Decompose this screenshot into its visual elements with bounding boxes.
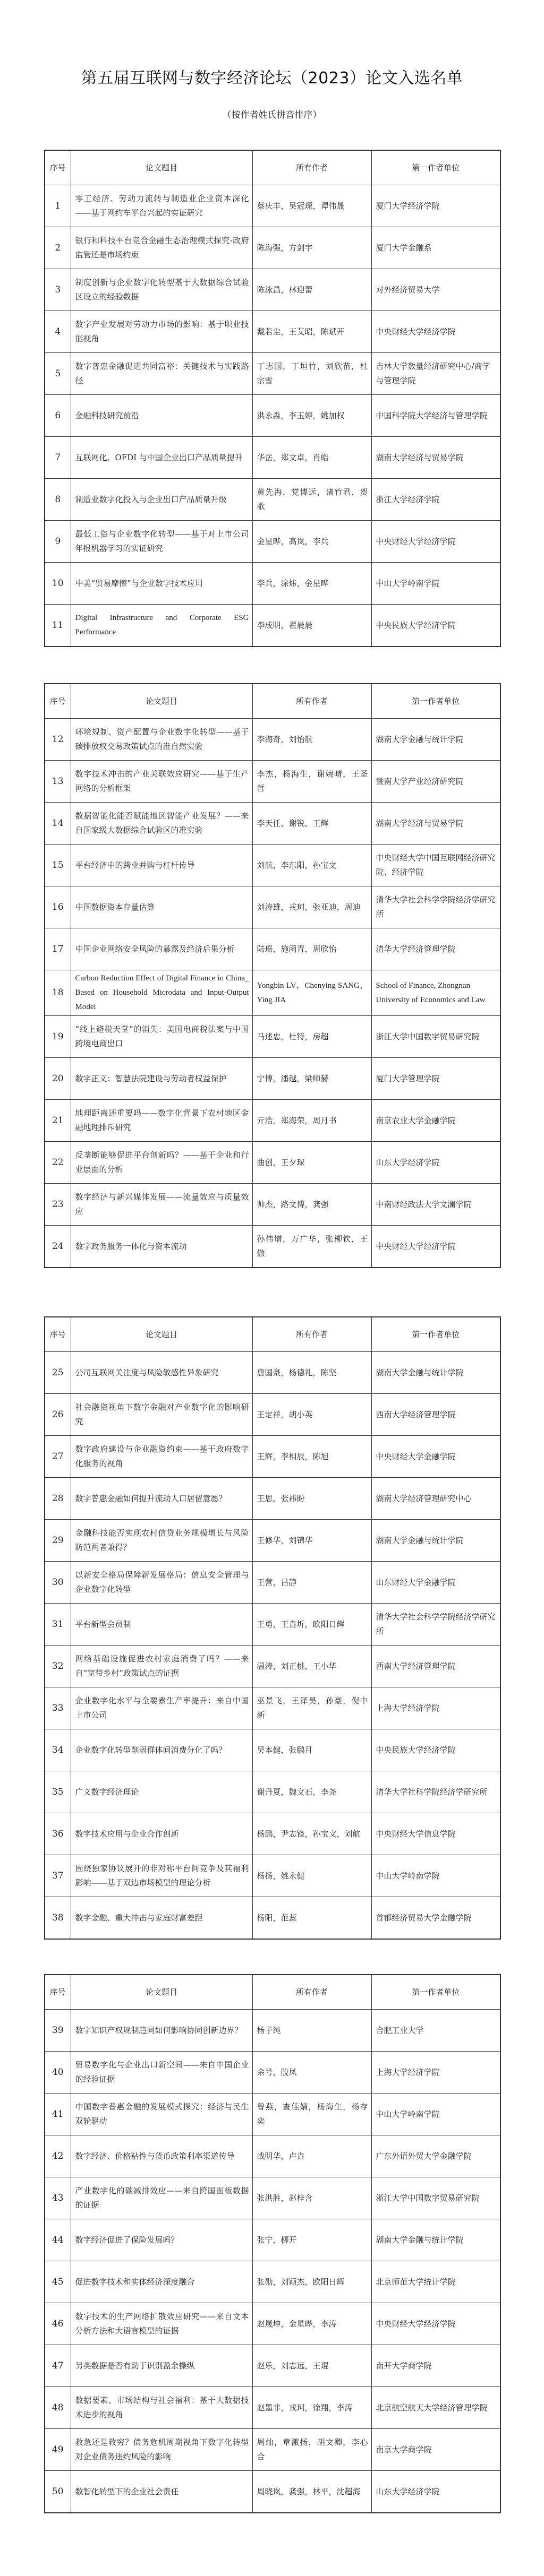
table-row: 44数字经济促进了保险发展吗？张宁，柳开湖南大学金融与统计学院: [45, 2219, 500, 2261]
title-cell: 金融科技能否实现农村信贷业务规模增长与风险防范两者兼得？: [71, 1520, 252, 1562]
unit-cell: 暨南大学产业经济研究院: [371, 761, 500, 803]
unit-cell: 清华大学社科学院经济学研究所: [371, 1771, 500, 1813]
header-title: 论文题目: [71, 684, 252, 719]
header-seq: 序号: [45, 150, 71, 185]
authors-cell: 陈海强，方剑宇: [252, 227, 371, 269]
seq-cell: 11: [45, 605, 71, 647]
title-cell: 数字技术冲击的产业关联效应研究——基于生产网络的分析框架: [71, 761, 252, 803]
header-unit: 第一作者单位: [371, 684, 500, 719]
authors-cell: 蔡庆丰，吴冠琛，谭伟晟: [252, 185, 371, 227]
seq-cell: 12: [45, 719, 71, 761]
unit-cell: 广东外语外贸大学金融学院: [371, 2135, 500, 2177]
header-title: 论文题目: [71, 1975, 252, 2010]
authors-cell: 孙伟增，万广华，张柳钦，王傲: [252, 1226, 371, 1268]
title-cell: 数字经济促进了保险发展吗？: [71, 2219, 252, 2261]
table-body: 39数字知识产权规制趋同如何影响协同创新边界？杨子纯合肥工业大学40贸易数字化与…: [45, 2010, 500, 2513]
table-header: 序号 论文题目 所有作者 第一作者单位: [45, 684, 500, 719]
seq-cell: 46: [45, 2303, 71, 2345]
table-row: 50数智化转型下的企业社会责任周晓岚，龚强，林平，沈超海山东大学经济学院: [45, 2471, 500, 2513]
title-cell: 中国数据资本存量估算: [71, 886, 252, 928]
unit-cell: 中央财经大学经济学院: [371, 521, 500, 563]
authors-cell: 唐国豪，杨德礼，陈坚: [252, 1352, 371, 1394]
table-row: 26社会融资视角下数字金融对产业数字化的影响研究王定祥，胡小英西南大学经济管理学…: [45, 1394, 500, 1436]
unit-cell: 北京师范大学统计学院: [371, 2261, 500, 2303]
authors-cell: 刘航，李东阳，孙宝文: [252, 845, 371, 886]
unit-cell: 清华大学社会科学学院经济学研究所: [371, 1604, 500, 1645]
seq-cell: 4: [45, 311, 71, 353]
title-cell: 贸易数字化与企业出口新空间——来自中国企业的经验证据: [71, 2052, 252, 2093]
title-cell: 制造业数字化投入与企业出口产品质量升级: [71, 479, 252, 521]
seq-cell: 37: [45, 1855, 71, 1897]
unit-cell: 中央财经大学经济学院: [371, 1226, 500, 1268]
title-cell: 中国数字普惠金融的发展模式探究：经济与民生双轮驱动: [71, 2093, 252, 2135]
table-row: 42数字经济、价格粘性与货币政策利率渠道传导战明华，卢垚广东外语外贸大学金融学院: [45, 2135, 500, 2177]
unit-cell: 中山大学岭南学院: [371, 2093, 500, 2135]
title-cell: 网络基础设施促进农村家庭消费了吗？——来自“宽带乡村”政策试点的证据: [71, 1645, 252, 1687]
unit-cell: 山东大学经济学院: [371, 1142, 500, 1184]
seq-cell: 27: [45, 1436, 71, 1478]
table-row: 2银行和科技平台竞合金融生态治理模式探究-政府监管还是市场约束陈海强，方剑宇厦门…: [45, 227, 500, 269]
unit-cell: 西南大学经济管理学院: [371, 1645, 500, 1687]
table-row: 29金融科技能否实现农村信贷业务规模增长与风险防范两者兼得？王修华，刘锦华湖南大…: [45, 1520, 500, 1562]
table-row: 7互联网化、OFDI 与中国企业出口产品质量提升华岳，郑文卓，肖皓湖南大学经济与…: [45, 437, 500, 479]
authors-cell: 刘涛雄，戎珂，张亚迪，周迪: [252, 886, 371, 928]
unit-cell: 中央财经大学中国互联网经济研究院、经济学院: [371, 845, 500, 886]
title-cell: 平台经济中的跨业并购与杠杆传导: [71, 845, 252, 886]
unit-cell: 中央财经大学信息学院: [371, 1813, 500, 1855]
unit-cell: 中山大学岭南学院: [371, 563, 500, 605]
seq-cell: 35: [45, 1771, 71, 1813]
table-row: 18Carbon Reduction Effect of Digital Fin…: [45, 970, 500, 1016]
authors-cell: 戴若尘，王艾昭，陈斌开: [252, 311, 371, 353]
header-authors: 所有作者: [252, 1317, 371, 1352]
seq-cell: 17: [45, 928, 71, 970]
seq-cell: 22: [45, 1142, 71, 1184]
table-row: 15平台经济中的跨业并购与杠杆传导刘航，李东阳，孙宝文中央财经大学中国互联网经济…: [45, 845, 500, 886]
table-row: 19“线上避税天堂”的消失：美国电商税法案与中国跨境电商出口马述忠，杜特，房超浙…: [45, 1016, 500, 1058]
unit-cell: 中国科学院大学经济与管理学院: [371, 395, 500, 437]
title-cell: 数字政务服务一体化与资本流动: [71, 1226, 252, 1268]
unit-cell: 浙江大学中国数字贸易研究院: [371, 2177, 500, 2219]
authors-cell: 周晓岚，龚强，林平，沈超海: [252, 2471, 371, 2513]
seq-cell: 21: [45, 1100, 71, 1142]
seq-cell: 19: [45, 1016, 71, 1058]
seq-cell: 49: [45, 2429, 71, 2471]
table-row: 32网络基础设施促进农村家庭消费了吗？——来自“宽带乡村”政策试点的证据温涛，刘…: [45, 1645, 500, 1687]
seq-cell: 42: [45, 2135, 71, 2177]
title-cell: 环境规制、资产配置与企业数字化转型——基于碳排放权交易政策试点的准自然实验: [71, 719, 252, 761]
title-cell: 产业数字化的碳减排效应——来自跨国面板数据的证据: [71, 2177, 252, 2219]
seq-cell: 50: [45, 2471, 71, 2513]
table-row: 20数字正义：智慧法院建设与劳动者权益保护宁博，潘越，梁师赫厦门大学管理学院: [45, 1058, 500, 1100]
unit-cell: 清华大学经济管理学院: [371, 928, 500, 970]
title-cell: 数字正义：智慧法院建设与劳动者权益保护: [71, 1058, 252, 1100]
unit-cell: 中南财经政法大学文澜学院: [371, 1184, 500, 1226]
title-cell: 企业数字化转型削弱群体间消费分化了吗？: [71, 1729, 252, 1771]
title-cell: 银行和科技平台竞合金融生态治理模式探究-政府监管还是市场约束: [71, 227, 252, 269]
authors-cell: 曾燕，查佳婧，杨海生，杨存奕: [252, 2093, 371, 2135]
title-cell: Carbon Reduction Effect of Digital Finan…: [71, 970, 252, 1016]
unit-cell: School of Finance, Zhongnan University o…: [371, 970, 500, 1016]
unit-cell: 湖南大学金融与统计学院: [371, 719, 500, 761]
authors-cell: 李海奇，刘怡航: [252, 719, 371, 761]
title-cell: 数字政府建设与企业融资约束——基于政府数字化服务的视角: [71, 1436, 252, 1478]
title-cell: 最低工资与企业数字化转型——基于对上市公司年报机器学习的实证研究: [71, 521, 252, 563]
table-row: 39数字知识产权规制趋同如何影响协同创新边界？杨子纯合肥工业大学: [45, 2010, 500, 2052]
authors-cell: 丁志国，丁垣竹，刘欣苗，杜宗雪: [252, 353, 371, 395]
header-unit: 第一作者单位: [371, 1975, 500, 2010]
title-cell: 企业数字化水平与全要素生产率提升：来自中国上市公司: [71, 1687, 252, 1729]
table-row: 41中国数字普惠金融的发展模式探究：经济与民生双轮驱动曾燕，查佳婧，杨海生，杨存…: [45, 2093, 500, 2135]
unit-cell: 北京航空航天大学经济管理学院: [371, 2387, 500, 2429]
unit-cell: 湖南大学经济管理研究中心: [371, 1478, 500, 1520]
seq-cell: 29: [45, 1520, 71, 1562]
header-seq: 序号: [45, 1975, 71, 2010]
authors-cell: 陈泳昌，林迎蕾: [252, 269, 371, 311]
table-row: 16中国数据资本存量估算刘涛雄，戎珂，张亚迪，周迪清华大学社会科学学院经济学研究…: [45, 886, 500, 928]
title-cell: 以新安全格局保障新发展格局：信息安全管理与企业数字化转型: [71, 1562, 252, 1604]
title-cell: 围绕独家协议展开的非对称平台间竞争及其福利影响——基于双边市场模型的理论分析: [71, 1855, 252, 1897]
table-row: 47另类数据是否有助于识别盈余操纵赵乐，刘志远，王琨南开大学商学院: [45, 2345, 500, 2387]
seq-cell: 9: [45, 521, 71, 563]
seq-cell: 36: [45, 1813, 71, 1855]
unit-cell: 湖南大学经济与贸易学院: [371, 803, 500, 845]
table-body: 25公司互联网关注度与风险敏感性异象研究唐国豪，杨德礼，陈坚湖南大学金融与统计学…: [45, 1352, 500, 1940]
authors-cell: 李成明，翟晨晨: [252, 605, 371, 647]
unit-cell: 厦门大学管理学院: [371, 1058, 500, 1100]
table-row: 28数字普惠金融如何提升流动人口居留意愿？王思，张祎盼湖南大学经济管理研究中心: [45, 1478, 500, 1520]
table-row: 37围绕独家协议展开的非对称平台间竞争及其福利影响——基于双边市场模型的理论分析…: [45, 1855, 500, 1897]
seq-cell: 26: [45, 1394, 71, 1436]
title-cell: 数字技术应用与企业合作创新: [71, 1813, 252, 1855]
header-seq: 序号: [45, 684, 71, 719]
seq-cell: 48: [45, 2387, 71, 2429]
authors-cell: 李杰，杨海生，谢婉晴，王圣哲: [252, 761, 371, 803]
title-cell: “线上避税天堂”的消失：美国电商税法案与中国跨境电商出口: [71, 1016, 252, 1058]
title-cell: 反垄断能够促进平台创新吗？——基于企业和行业层面的分析: [71, 1142, 252, 1184]
unit-cell: 湖南大学金融与统计学院: [371, 1352, 500, 1394]
authors-cell: 宁博，潘越，梁师赫: [252, 1058, 371, 1100]
header-unit: 第一作者单位: [371, 150, 500, 185]
unit-cell: 厦门大学金融系: [371, 227, 500, 269]
header-authors: 所有作者: [252, 684, 371, 719]
table-row: 45促进数字技术和实体经济深度融合张勋，刘颖杰，欧阳日辉北京师范大学统计学院: [45, 2261, 500, 2303]
table-row: 8制造业数字化投入与企业出口产品质量升级黄先海，党博远，诸竹君，贺歌浙江大学经济…: [45, 479, 500, 521]
authors-cell: 王勇，王垚圻，欧阳日辉: [252, 1604, 371, 1645]
seq-cell: 8: [45, 479, 71, 521]
paper-table-2: 序号 论文题目 所有作者 第一作者单位 12环境规制、资产配置与企业数字化转型—…: [44, 683, 501, 1268]
seq-cell: 43: [45, 2177, 71, 2219]
table-row: 1零工经济、劳动力流转与制造业企业资本深化——基于网约车平台兴起的实证研究蔡庆丰…: [45, 185, 500, 227]
seq-cell: 32: [45, 1645, 71, 1687]
seq-cell: 6: [45, 395, 71, 437]
title-cell: 平台新型会员制: [71, 1604, 252, 1645]
title-cell: 地理距离还重要吗——数字化背景下农村地区金融地理排斥研究: [71, 1100, 252, 1142]
header-title: 论文题目: [71, 150, 252, 185]
authors-cell: 温涛，刘正桃，王小华: [252, 1645, 371, 1687]
authors-cell: 曲创，王夕琛: [252, 1142, 371, 1184]
title-cell: 数字金融、重大冲击与家庭财富差距: [71, 1897, 252, 1940]
title-cell: 数字普惠金融促进共同富裕：关键技术与实践路径: [71, 353, 252, 395]
page-subtitle: （按作者姓氏拼音排序）: [0, 107, 544, 120]
unit-cell: 厦门大学经济学院: [371, 185, 500, 227]
title-cell: 促进数字技术和实体经济深度融合: [71, 2261, 252, 2303]
title-cell: 制度创新与企业数字化转型基于大数据综合试验区设立的经验数据: [71, 269, 252, 311]
authors-cell: 杨子纯: [252, 2010, 371, 2052]
table-row: 38数字金融、重大冲击与家庭财富差距杨阳，范蕊首都经济贸易大学金融学院: [45, 1897, 500, 1940]
authors-cell: 巫景飞，王泽昊，孙豪，倪中新: [252, 1687, 371, 1729]
seq-cell: 41: [45, 2093, 71, 2135]
title-cell: 数字经济、价格粘性与货币政策利率渠道传导: [71, 2135, 252, 2177]
seq-cell: 16: [45, 886, 71, 928]
authors-cell: 赵晟坤，金星晔，李涛: [252, 2303, 371, 2345]
title-cell: 社会融资视角下数字金融对产业数字化的影响研究: [71, 1394, 252, 1436]
seq-cell: 3: [45, 269, 71, 311]
title-cell: 数字经济与新兴媒体发展——流量效应与质量效应: [71, 1184, 252, 1226]
seq-cell: 47: [45, 2345, 71, 2387]
seq-cell: 28: [45, 1478, 71, 1520]
title-cell: 数字技术的生产网络扩散效应研究——来自文本分析方法和大语言模型的证据: [71, 2303, 252, 2345]
table-header: 序号 论文题目 所有作者 第一作者单位: [45, 1975, 500, 2010]
table-row: 21地理距离还重要吗——数字化背景下农村地区金融地理排斥研究亓浩，郑海荣，周月书…: [45, 1100, 500, 1142]
table-row: 48数据要素、市场结构与社会福利：基于大数据技术进步的视角赵墨非，戎珂，徐翔，李…: [45, 2387, 500, 2429]
table-row: 27数字政府建设与企业融资约束——基于政府数字化服务的视角王辉，李相辰，陈旭中央…: [45, 1436, 500, 1478]
authors-cell: 王思，张祎盼: [252, 1478, 371, 1520]
title-cell: 数字知识产权规制趋同如何影响协同创新边界？: [71, 2010, 252, 2052]
unit-cell: 湖南大学金融与统计学院: [371, 1520, 500, 1562]
authors-cell: 金星晔，高岚，李兵: [252, 521, 371, 563]
unit-cell: 南开大学商学院: [371, 2345, 500, 2387]
authors-cell: 王辉，李相辰，陈旭: [252, 1436, 371, 1478]
page-title: 第五届互联网与数字经济论坛（2023）论文入选名单: [0, 65, 544, 88]
seq-cell: 38: [45, 1897, 71, 1940]
title-cell: 另类数据是否有助于识别盈余操纵: [71, 2345, 252, 2387]
seq-cell: 15: [45, 845, 71, 886]
authors-cell: 赵墨非，戎珂，徐翔，李涛: [252, 2387, 371, 2429]
title-cell: 广义数字经济理论: [71, 1771, 252, 1813]
seq-cell: 44: [45, 2219, 71, 2261]
unit-cell: 对外经济贸易大学: [371, 269, 500, 311]
seq-cell: 5: [45, 353, 71, 395]
table-row: 11Digital Infrastructure and Corporate E…: [45, 605, 500, 647]
authors-cell: 王营，吕静: [252, 1562, 371, 1604]
table-row: 40贸易数字化与企业出口新空间——来自中国企业的经验证据余号，殷凤上海大学经济学…: [45, 2052, 500, 2093]
title-cell: Digital Infrastructure and Corporate ESG…: [71, 605, 252, 647]
title-cell: 数智化转型下的企业社会责任: [71, 2471, 252, 2513]
seq-cell: 31: [45, 1604, 71, 1645]
paper-table-4: 序号 论文题目 所有作者 第一作者单位 39数字知识产权规制趋同如何影响协同创新…: [44, 1974, 501, 2513]
seq-cell: 23: [45, 1184, 71, 1226]
authors-cell: 马述忠，杜特，房超: [252, 1016, 371, 1058]
seq-cell: 45: [45, 2261, 71, 2303]
table-row: 23数字经济与新兴媒体发展——流量效应与质量效应帅杰，路文博，龚强中南财经政法大…: [45, 1184, 500, 1226]
authors-cell: 张勋，刘颖杰，欧阳日辉: [252, 2261, 371, 2303]
table-row: 14数据智能化能否赋能地区智能产业发展？——来自国家级大数据综合试验区的准实验李…: [45, 803, 500, 845]
authors-cell: 张宁，柳开: [252, 2219, 371, 2261]
table-row: 24数字政务服务一体化与资本流动孙伟增，万广华，张柳钦，王傲中央财经大学经济学院: [45, 1226, 500, 1268]
paper-table-3: 序号 论文题目 所有作者 第一作者单位 25公司互联网关注度与风险敏感性异象研究…: [44, 1316, 501, 1940]
paper-table-1: 序号 论文题目 所有作者 第一作者单位 1零工经济、劳动力流转与制造业企业资本深…: [44, 150, 501, 647]
title-cell: 中国企业网络安全风险的暴露及经济后果分析: [71, 928, 252, 970]
unit-cell: 上海大学经济学院: [371, 2052, 500, 2093]
title-cell: 救急还是救穷？债务危机周期视角下数字化转型对企业债务违约风险的影响: [71, 2429, 252, 2471]
title-cell: 零工经济、劳动力流转与制造业企业资本深化——基于网约车平台兴起的实证研究: [71, 185, 252, 227]
seq-cell: 13: [45, 761, 71, 803]
unit-cell: 中央财经大学金融学院: [371, 1436, 500, 1478]
table-row: 33企业数字化水平与全要素生产率提升：来自中国上市公司巫景飞，王泽昊，孙豪，倪中…: [45, 1687, 500, 1729]
table-row: 17中国企业网络安全风险的暴露及经济后果分析陆瑶，施函青，周欣怡清华大学经济管理…: [45, 928, 500, 970]
unit-cell: 清华大学社会科学学院经济学研究所: [371, 886, 500, 928]
table-row: 46数字技术的生产网络扩散效应研究——来自文本分析方法和大语言模型的证据赵晟坤，…: [45, 2303, 500, 2345]
table-row: 31平台新型会员制王勇，王垚圻，欧阳日辉清华大学社会科学学院经济学研究所: [45, 1604, 500, 1645]
title-cell: 数字产业发展对劳动力市场的影响：基于职业技能视角: [71, 311, 252, 353]
unit-cell: 吉林大学数量经济研究中心/商学与管理学院: [371, 353, 500, 395]
seq-cell: 33: [45, 1687, 71, 1729]
table-row: 36数字技术应用与企业合作创新杨鹏，尹志锋，孙宝文，刘航中央财经大学信息学院: [45, 1813, 500, 1855]
authors-cell: 杨扬，姚永健: [252, 1855, 371, 1897]
table-row: 35广义数字经济理论谢丹夏，魏文石，李尧清华大学社科学院经济学研究所: [45, 1771, 500, 1813]
authors-cell: 黄先海，党博远，诸竹君，贺歌: [252, 479, 371, 521]
authors-cell: 张洪胜，赵梓含: [252, 2177, 371, 2219]
table-row: 13数字技术冲击的产业关联效应研究——基于生产网络的分析框架李杰，杨海生，谢婉晴…: [45, 761, 500, 803]
table-row: 12环境规制、资产配置与企业数字化转型——基于碳排放权交易政策试点的准自然实验李…: [45, 719, 500, 761]
unit-cell: 南京农业大学金融学院: [371, 1100, 500, 1142]
seq-cell: 40: [45, 2052, 71, 2093]
table-row: 10中美“贸易摩擦”与企业数字技术应用李兵，涂炜，金星晔中山大学岭南学院: [45, 563, 500, 605]
unit-cell: 合肥工业大学: [371, 2010, 500, 2052]
header-authors: 所有作者: [252, 1975, 371, 2010]
authors-cell: 华岳，郑文卓，肖皓: [252, 437, 371, 479]
authors-cell: 王定祥，胡小英: [252, 1394, 371, 1436]
authors-cell: 谢丹夏，魏文石，李尧: [252, 1771, 371, 1813]
unit-cell: 南京大学商学院: [371, 2429, 500, 2471]
unit-cell: 浙江大学经济学院: [371, 479, 500, 521]
title-cell: 互联网化、OFDI 与中国企业出口产品质量提升: [71, 437, 252, 479]
unit-cell: 中央民族大学经济学院: [371, 605, 500, 647]
table-row: 6金融科技研究前沿洪永淼，李玉婷，姚加权中国科学院大学经济与管理学院: [45, 395, 500, 437]
unit-cell: 中山大学岭南学院: [371, 1855, 500, 1897]
header-title: 论文题目: [71, 1317, 252, 1352]
seq-cell: 30: [45, 1562, 71, 1604]
seq-cell: 1: [45, 185, 71, 227]
title-cell: 数据智能化能否赋能地区智能产业发展？——来自国家级大数据综合试验区的准实验: [71, 803, 252, 845]
unit-cell: 浙江大学中国数字贸易研究院: [371, 1016, 500, 1058]
authors-cell: 周灿，章激扬，胡文卿，李心合: [252, 2429, 371, 2471]
table-row: 4数字产业发展对劳动力市场的影响：基于职业技能视角戴若尘，王艾昭，陈斌开中央财经…: [45, 311, 500, 353]
table-row: 43产业数字化的碳减排效应——来自跨国面板数据的证据张洪胜，赵梓含浙江大学中国数…: [45, 2177, 500, 2219]
title-cell: 数据要素、市场结构与社会福利：基于大数据技术进步的视角: [71, 2387, 252, 2429]
authors-cell: 王修华，刘锦华: [252, 1520, 371, 1562]
authors-cell: 余号，殷凤: [252, 2052, 371, 2093]
authors-cell: Yongbin LV，Chenying SANG，Ying JIA: [252, 970, 371, 1016]
table-row: 30以新安全格局保障新发展格局：信息安全管理与企业数字化转型王营，吕静山东财经大…: [45, 1562, 500, 1604]
unit-cell: 湖南大学经济与贸易学院: [371, 437, 500, 479]
seq-cell: 34: [45, 1729, 71, 1771]
seq-cell: 10: [45, 563, 71, 605]
table-row: 9最低工资与企业数字化转型——基于对上市公司年报机器学习的实证研究金星晔，高岚，…: [45, 521, 500, 563]
authors-cell: 帅杰，路文博，龚强: [252, 1184, 371, 1226]
table-row: 3制度创新与企业数字化转型基于大数据综合试验区设立的经验数据陈泳昌，林迎蕾对外经…: [45, 269, 500, 311]
table-header: 序号 论文题目 所有作者 第一作者单位: [45, 150, 500, 185]
authors-cell: 李天任，谢锐，王辉: [252, 803, 371, 845]
title-cell: 中美“贸易摩擦”与企业数字技术应用: [71, 563, 252, 605]
seq-cell: 39: [45, 2010, 71, 2052]
seq-cell: 24: [45, 1226, 71, 1268]
authors-cell: 杨鹏，尹志锋，孙宝文，刘航: [252, 1813, 371, 1855]
table-row: 49救急还是救穷？债务危机周期视角下数字化转型对企业债务违约风险的影响周灿，章激…: [45, 2429, 500, 2471]
seq-cell: 18: [45, 970, 71, 1016]
authors-cell: 战明华，卢垚: [252, 2135, 371, 2177]
authors-cell: 李兵，涂炜，金星晔: [252, 563, 371, 605]
title-cell: 金融科技研究前沿: [71, 395, 252, 437]
table-row: 34企业数字化转型削弱群体间消费分化了吗？吴本健，张鹏月中央民族大学经济学院: [45, 1729, 500, 1771]
seq-cell: 14: [45, 803, 71, 845]
unit-cell: 首都经济贸易大学金融学院: [371, 1897, 500, 1940]
table-row: 22反垄断能够促进平台创新吗？——基于企业和行业层面的分析曲创，王夕琛山东大学经…: [45, 1142, 500, 1184]
unit-cell: 山东大学经济学院: [371, 2471, 500, 2513]
header-authors: 所有作者: [252, 150, 371, 185]
header-seq: 序号: [45, 1317, 71, 1352]
seq-cell: 2: [45, 227, 71, 269]
unit-cell: 中央财经大学经济学院: [371, 2303, 500, 2345]
table-body: 1零工经济、劳动力流转与制造业企业资本深化——基于网约车平台兴起的实证研究蔡庆丰…: [45, 185, 500, 647]
unit-cell: 中央财经大学经济学院: [371, 311, 500, 353]
seq-cell: 20: [45, 1058, 71, 1100]
authors-cell: 亓浩，郑海荣，周月书: [252, 1100, 371, 1142]
unit-cell: 上海大学经济学院: [371, 1687, 500, 1729]
title-cell: 公司互联网关注度与风险敏感性异象研究: [71, 1352, 252, 1394]
seq-cell: 7: [45, 437, 71, 479]
table-header: 序号 论文题目 所有作者 第一作者单位: [45, 1317, 500, 1352]
unit-cell: 山东财经大学金融学院: [371, 1562, 500, 1604]
header-unit: 第一作者单位: [371, 1317, 500, 1352]
table-row: 25公司互联网关注度与风险敏感性异象研究唐国豪，杨德礼，陈坚湖南大学金融与统计学…: [45, 1352, 500, 1394]
unit-cell: 湖南大学金融与统计学院: [371, 2219, 500, 2261]
title-cell: 数字普惠金融如何提升流动人口居留意愿？: [71, 1478, 252, 1520]
authors-cell: 陆瑶，施函青，周欣怡: [252, 928, 371, 970]
seq-cell: 25: [45, 1352, 71, 1394]
authors-cell: 杨阳，范蕊: [252, 1897, 371, 1940]
table-body: 12环境规制、资产配置与企业数字化转型——基于碳排放权交易政策试点的准自然实验李…: [45, 719, 500, 1268]
authors-cell: 吴本健，张鹏月: [252, 1729, 371, 1771]
table-row: 5数字普惠金融促进共同富裕：关键技术与实践路径丁志国，丁垣竹，刘欣苗，杜宗雪吉林…: [45, 353, 500, 395]
authors-cell: 洪永淼，李玉婷，姚加权: [252, 395, 371, 437]
unit-cell: 西南大学经济管理学院: [371, 1394, 500, 1436]
authors-cell: 赵乐，刘志远，王琨: [252, 2345, 371, 2387]
unit-cell: 中央民族大学经济学院: [371, 1729, 500, 1771]
